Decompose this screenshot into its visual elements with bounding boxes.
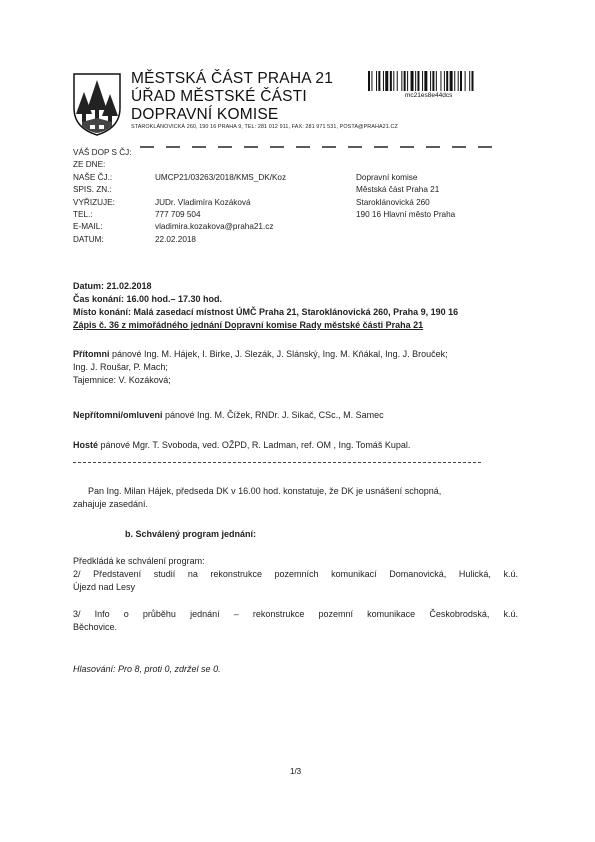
meta-label: VYŘIZUJE: <box>73 198 115 207</box>
meta-value: JUDr. Vladimíra Kozáková <box>155 198 251 207</box>
recipient-line: Staroklánovická 260 <box>356 198 430 207</box>
meta-value: 777 709 504 <box>155 210 201 219</box>
meta-value: UMCP21/03263/2018/KMS_DK/Koz <box>155 173 286 182</box>
absent-members: Nepřítomni/omluveni pánové Ing. M. Čížek… <box>73 410 384 420</box>
org-address: STAROKLÁNOVICKÁ 260, 190 16 PRAHA 9, TEL… <box>131 124 398 130</box>
meta-label: E-MAIL: <box>73 222 103 231</box>
meeting-place: Místo konání: Malá zasedací místnost ÚMČ… <box>73 307 458 317</box>
meta-label: NAŠE ČJ.: <box>73 173 112 182</box>
meta-value: 22.02.2018 <box>155 235 196 244</box>
recipient-line: Městská část Praha 21 <box>356 185 439 194</box>
section-heading: b. Schválený program jednání: <box>125 529 256 539</box>
guests-list: pánové Mgr. T. Svoboda, ved. OŽPD, R. La… <box>98 440 410 450</box>
org-name-line1: MĚSTSKÁ ČÁST PRAHA 21 <box>131 70 333 88</box>
section-divider <box>73 462 483 463</box>
page-number: 1/3 <box>290 767 301 776</box>
absent-list: pánové Ing. M. Čížek, RNDr. J. Sikač, CS… <box>163 410 384 420</box>
program-item-2: 2/ Představení studií na rekonstrukce po… <box>73 569 518 579</box>
meeting-date: Datum: 21.02.2018 <box>73 281 152 291</box>
guests-label: Hosté <box>73 440 98 450</box>
program-item-3-cont: Běchovice. <box>73 622 117 632</box>
program-item-3: 3/ Info o průběhu jednání – rekonstrukce… <box>73 609 518 619</box>
barcode-text: mc21es8e44dcs <box>405 92 452 99</box>
present-list: pánové Ing. M. Hájek, I. Birke, J. Slezá… <box>110 349 448 359</box>
present-label: Přítomni <box>73 349 110 359</box>
org-name-line3: DOPRAVNÍ KOMISE <box>131 106 278 124</box>
recipient-line: 190 16 Hlavní město Praha <box>356 210 455 219</box>
guests: Hosté pánové Mgr. T. Svoboda, ved. OŽPD,… <box>73 440 410 450</box>
coat-of-arms-icon <box>70 70 124 138</box>
secretary: Tajemnice: V. Kozáková; <box>73 375 171 385</box>
opening-statement-cont: zahajuje zasedání. <box>73 499 148 509</box>
barcode-icon <box>368 71 508 91</box>
header-divider <box>140 146 500 148</box>
meeting-time: Čas konání: 16.00 hod.– 17.30 hod. <box>73 294 222 304</box>
program-intro: Předkládá ke schválení program: <box>73 556 205 566</box>
minutes-title: Zápis č. 36 z mimořádného jednání Doprav… <box>73 320 423 330</box>
meta-label: DATUM: <box>73 235 104 244</box>
meta-label: ZE DNE: <box>73 160 105 169</box>
opening-statement: Pan Ing. Milan Hájek, předseda DK v 16.0… <box>88 486 441 496</box>
present-members: Přítomni pánové Ing. M. Hájek, I. Birke,… <box>73 349 448 359</box>
program-item-2-cont: Újezd nad Lesy <box>73 582 135 592</box>
meta-label: SPIS. ZN.: <box>73 185 112 194</box>
meta-label: TEL.: <box>73 210 93 219</box>
org-name-line2: ÚŘAD MĚSTSKÉ ČÁSTI <box>131 88 307 106</box>
vote-result: Hlasování: Pro 8, proti 0, zdržel se 0. <box>73 664 221 674</box>
present-members-cont: Ing. J. Roušar, P. Mach; <box>73 362 168 372</box>
recipient-line: Dopravní komise <box>356 173 417 182</box>
meta-label: VÁŠ DOP S ČJ: <box>73 148 132 157</box>
absent-label: Nepřítomni/omluveni <box>73 410 163 420</box>
meta-value: vladimira.kozakova@praha21.cz <box>155 222 273 231</box>
